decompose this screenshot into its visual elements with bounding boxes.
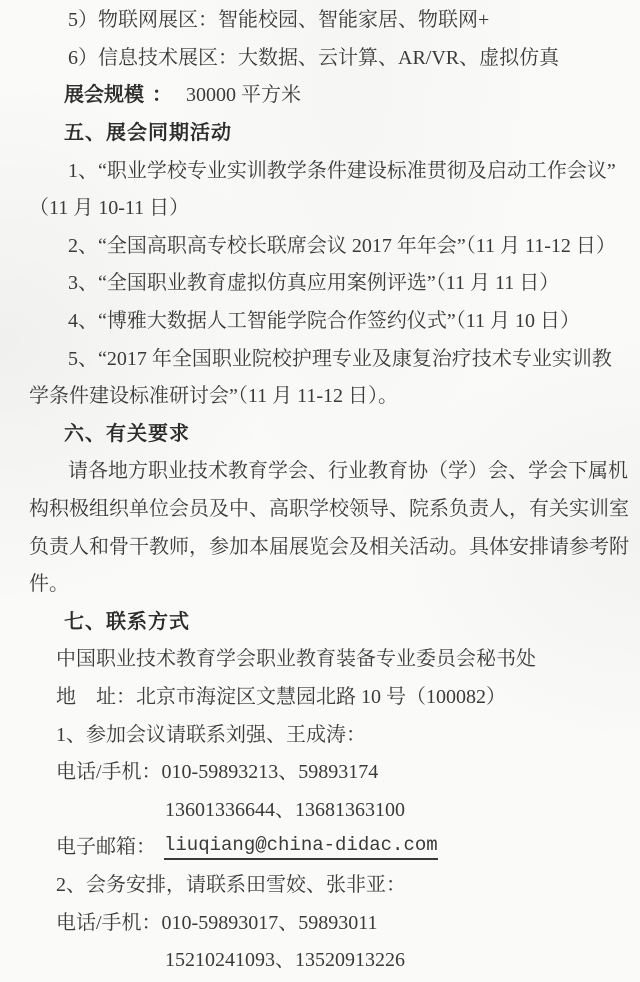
contact-email-link[interactable]: liuqiang@china-didac.com [164,835,438,860]
exhibit-scale-label: 展会规模 [64,84,144,107]
contact-affairs-phone-line-1: 电话/手机：010-59893017、59893011 [0,904,640,942]
exhibit-scale-colon: ： [152,84,172,107]
requirements-para-line-3: 负责人和骨干教师，参加本届展览会及相关活动。具体安排请参考附 [0,528,640,566]
section-heading-contact: 七、联系方式 [0,604,640,642]
contact-affairs-persons: 2、会务安排，请联系田雪姣、张非亚： [0,867,640,905]
contact-meeting-phone-line-1-text: 电话/手机：010-59893213、59893174 [56,761,378,784]
contact-email-label: 电子邮箱： [56,836,156,859]
activity-item-4: 4、“博雅大数据人工智能学院合作签约仪式”（11 月 10 日） [0,303,640,341]
activity-item-1-line-2: （11 月 10-11 日） [0,190,640,228]
contact-address: 地 址：北京市海淀区文慧园北路 10 号（100082） [0,679,640,717]
contact-email-line: 电子邮箱： liuqiang@china-didac.com [0,829,640,867]
requirements-para-line-4: 件。 [0,566,640,604]
contact-meeting-persons: 1、参加会议请联系刘强、王成涛： [0,716,640,754]
requirements-para-line-4-text: 件。 [29,573,69,596]
contact-affairs-phone-line-1-text: 电话/手机：010-59893017、59893011 [56,912,377,935]
contact-meeting-persons-text: 1、参加会议请联系刘强、王成涛： [56,724,366,747]
requirements-para-line-1: 请各地方职业技术教育学会、行业教育协（学）会、学会下属机 [0,453,640,491]
contact-organization-text: 中国职业技术教育学会职业教育装备专业委员会秘书处 [56,648,536,671]
section-heading-requirements-text: 六、有关要求 [64,423,190,446]
section-heading-activities-text: 五、展会同期活动 [64,122,232,145]
activity-item-1-line-1: 1、“职业学校专业实训教学条件建设标准贯彻及启动工作会议” [0,152,640,190]
section-heading-contact-text: 七、联系方式 [64,611,190,634]
exhibit-scale-value: 30000 平方米 [186,84,301,107]
contact-affairs-persons-text: 2、会务安排，请联系田雪姣、张非亚： [56,874,406,897]
activity-item-5-line-2-text: 学条件建设标准研讨会”（11 月 11-12 日）。 [29,385,398,408]
section-heading-activities: 五、展会同期活动 [0,115,640,153]
requirements-para-line-3-text: 负责人和骨干教师，参加本届展览会及相关活动。具体安排请参考附 [29,536,629,559]
contact-address-text: 地 址：北京市海淀区文慧园北路 10 号（100082） [56,686,506,709]
contact-organization: 中国职业技术教育学会职业教育装备专业委员会秘书处 [0,641,640,679]
section-heading-requirements: 六、有关要求 [0,416,640,454]
contact-affairs-phone-line-2: 15210241093、13520913226 [0,942,640,980]
activity-item-5-line-1: 5、“2017 年全国职业院校护理专业及康复治疗技术专业实训教 [0,340,640,378]
exhibit-scale-line: 展会规模 ： 30000 平方米 [0,77,640,115]
zone-item-6-text: 6）信息技术展区：大数据、云计算、AR/VR、虚拟仿真 [68,47,559,70]
requirements-para-line-2: 构积极组织单位会员及中、高职学校领导、院系负责人，有关实训室 [0,491,640,529]
requirements-para-line-2-text: 构积极组织单位会员及中、高职学校领导、院系负责人，有关实训室 [29,498,629,521]
document-page: 5）物联网展区：智能校园、智能家居、物联网+ 6）信息技术展区：大数据、云计算、… [0,0,640,982]
zone-item-5: 5）物联网展区：智能校园、智能家居、物联网+ [0,2,640,40]
contact-meeting-phone-line-2: 13601336644、13681363100 [0,791,640,829]
contact-meeting-phone-line-1: 电话/手机：010-59893213、59893174 [0,754,640,792]
activity-item-5-line-2: 学条件建设标准研讨会”（11 月 11-12 日）。 [0,378,640,416]
requirements-para-line-1-text: 请各地方职业技术教育学会、行业教育协（学）会、学会下属机 [68,460,628,483]
zone-item-5-text: 5）物联网展区：智能校园、智能家居、物联网+ [68,9,489,32]
activity-item-3: 3、“全国职业教育虚拟仿真应用案例评选”（11 月 11 日） [0,265,640,303]
activity-item-2: 2、“全国高职高专校长联席会议 2017 年年会”（11 月 11-12 日） [0,228,640,266]
activity-item-1-line-2-text: （11 月 10-11 日） [29,197,189,220]
activity-item-3-text: 3、“全国职业教育虚拟仿真应用案例评选”（11 月 11 日） [68,272,559,295]
activity-item-1-line-1-text: 1、“职业学校专业实训教学条件建设标准贯彻及启动工作会议” [68,160,616,183]
contact-meeting-phone-line-2-text: 13601336644、13681363100 [165,799,405,822]
activity-item-4-text: 4、“博雅大数据人工智能学院合作签约仪式”（11 月 10 日） [68,310,580,333]
zone-item-6: 6）信息技术展区：大数据、云计算、AR/VR、虚拟仿真 [0,40,640,78]
activity-item-5-line-1-text: 5、“2017 年全国职业院校护理专业及康复治疗技术专业实训教 [68,348,612,371]
contact-affairs-phone-line-2-text: 15210241093、13520913226 [165,949,405,972]
activity-item-2-text: 2、“全国高职高专校长联席会议 2017 年年会”（11 月 11-12 日） [68,235,616,258]
